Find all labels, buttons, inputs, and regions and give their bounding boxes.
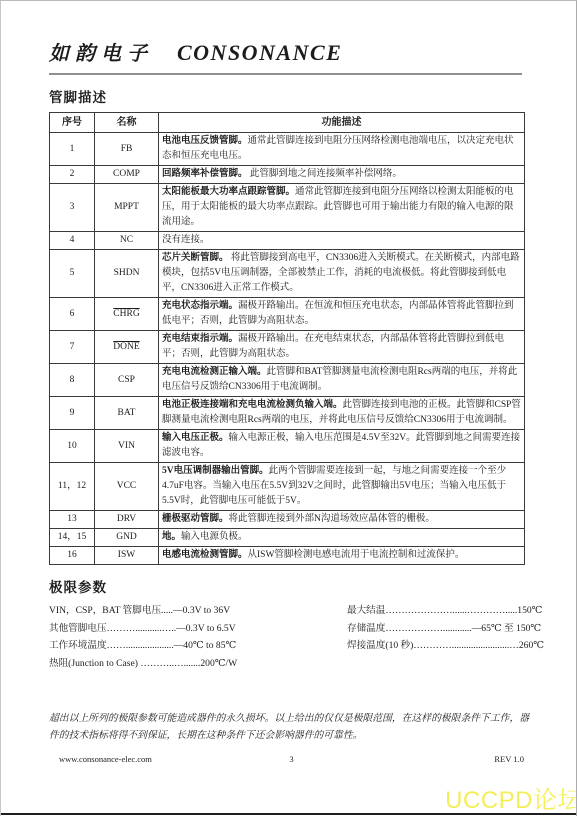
limit-item: 工作环境温度……....................—40℃ to 85℃ <box>49 637 347 655</box>
table-row: 3MPPT太阳能板最大功率点跟踪管脚。通常此管脚连接到电阻分压网络以检测太阳能板… <box>50 184 525 232</box>
pin-description-rest: 此管脚到地之间连接频率补偿网络。 <box>248 169 402 179</box>
pin-description-lead: 栅极驱动管脚。 <box>162 514 229 524</box>
pin-name-cell: DRV <box>95 511 159 529</box>
pin-number-cell: 13 <box>50 511 95 529</box>
table-header-row: 序号 名称 功能描述 <box>50 113 525 133</box>
pin-name-cell: BAT <box>95 397 159 430</box>
pin-description-cell: 充电状态指示端。漏极开路输出。在恒流和恒压充电状态，内部晶体管将此管脚拉到低电平… <box>159 298 525 331</box>
pin-description-cell: 电池电压反馈管脚。通常此管脚连接到电阻分压网络检测电池端电压，以决定充电状态和恒… <box>159 133 525 166</box>
page-bottom-edge <box>1 813 576 815</box>
table-row: 5SHDN芯片关断管脚。 将此管脚接到高电平，CN3306进入关断模式。在关断模… <box>50 250 525 298</box>
pin-description-cell: 充电电流检测正输入端。此管脚和BAT管脚测量电流检测电阻Rcs两端的电压，并将此… <box>159 364 525 397</box>
pin-number-cell: 11，12 <box>50 463 95 511</box>
col-header-description: 功能描述 <box>159 113 525 133</box>
pin-description-lead: 太阳能板最大功率点跟踪管脚。 <box>162 187 295 197</box>
table-row: 8CSP充电电流检测正输入端。此管脚和BAT管脚测量电流检测电阻Rcs两端的电压… <box>50 364 525 397</box>
pin-number-cell: 1 <box>50 133 95 166</box>
limit-item: 其他管脚电压………...........…..—0.3V to 6.5V <box>49 620 347 638</box>
pin-description-rest: 没有连接。 <box>162 235 210 245</box>
pin-description-lead: 电感电流检测管脚。 <box>162 550 248 560</box>
table-row: 11，12VCC5V电压调制器输出管脚。此两个管脚需要连接到一起，与地之间需要连… <box>50 463 525 511</box>
pin-description-cell: 回路频率补偿管脚。 此管脚到地之间连接频率补偿网络。 <box>159 166 525 184</box>
table-row: 7DONE充电结束指示端。漏极开路输出。在充电结束状态，内部晶体管将此管脚拉到低… <box>50 331 525 364</box>
pin-description-cell: 没有连接。 <box>159 232 525 250</box>
footer-page-number: 3 <box>59 754 524 764</box>
pin-number-cell: 14，15 <box>50 529 95 547</box>
table-row: 16ISW电感电流检测管脚。从ISW管脚检测电感电流用于电流控制和过流保护。 <box>50 547 525 565</box>
pin-description-cell: 充电结束指示端。漏极开路输出。在充电结束状态，内部晶体管将此管脚拉到低电平；否则… <box>159 331 525 364</box>
pin-name-cell: FB <box>95 133 159 166</box>
pin-name-cell: GND <box>95 529 159 547</box>
limits-left-column: VIN，CSP，BAT 管脚电压.....—0.3V to 36V其他管脚电压…… <box>49 602 347 672</box>
pin-description-lead: 芯片关断管脚。 <box>162 253 229 263</box>
table-row: 4NC没有连接。 <box>50 232 525 250</box>
pin-name-cell: DONE <box>95 331 159 364</box>
pin-number-cell: 8 <box>50 364 95 397</box>
absolute-maximum-title: 极限参数 <box>49 576 542 596</box>
pin-number-cell: 9 <box>50 397 95 430</box>
table-row: 9BAT电池正极连接端和充电电流检测负输入端。此管脚连接到电池的正极。此管脚和C… <box>50 397 525 430</box>
pin-name-cell: CHRG <box>95 298 159 331</box>
pin-number-cell: 5 <box>50 250 95 298</box>
pin-description-lead: 回路频率补偿管脚。 <box>162 169 248 179</box>
pin-description-cell: 输入电压正极。输入电源正极，输入电压范围是4.5V至32V。此管脚到地之间需要连… <box>159 430 525 463</box>
table-row: 13DRV栅极驱动管脚。将此管脚连接到外部N沟道场效应晶体管的栅极。 <box>50 511 525 529</box>
limit-item: 存储温度………………............—65℃ 至 150℃ <box>347 620 544 638</box>
pin-name-cell: ISW <box>95 547 159 565</box>
limit-item: 最大结温…………………......………….....150℃ <box>347 602 544 620</box>
pin-description-cell: 地。输入电源负极。 <box>159 529 525 547</box>
pin-description-table: 序号 名称 功能描述 1FB电池电压反馈管脚。通常此管脚连接到电阻分压网络检测电… <box>49 112 525 565</box>
brand-chinese-logo: 如韵电子 <box>49 37 153 66</box>
table-row: 6CHRG充电状态指示端。漏极开路输出。在恒流和恒压充电状态，内部晶体管将此管脚… <box>50 298 525 331</box>
forum-watermark: UCCPD论坛 <box>445 780 577 815</box>
pin-description-lead: 输入电压正极。 <box>162 433 229 443</box>
pin-number-cell: 10 <box>50 430 95 463</box>
limit-item: 焊接温度(10 秒)…………........................…2… <box>347 637 544 655</box>
pin-description-cell: 芯片关断管脚。 将此管脚接到高电平，CN3306进入关断模式。在关断模式，内部电… <box>159 250 525 298</box>
pin-description-cell: 电感电流检测管脚。从ISW管脚检测电感电流用于电流控制和过流保护。 <box>159 547 525 565</box>
pin-description-rest: 将此管脚连接到外部N沟道场效应晶体管的栅极。 <box>229 514 435 524</box>
pin-description-cell: 太阳能板最大功率点跟踪管脚。通常此管脚连接到电阻分压网络以检测太阳能板的电压，用… <box>159 184 525 232</box>
pin-name-cell: CSP <box>95 364 159 397</box>
pin-description-cell: 电池正极连接端和充电电流检测负输入端。此管脚连接到电池的正极。此管脚和CSP管脚… <box>159 397 525 430</box>
header-divider <box>49 73 522 75</box>
limits-right-column: 最大结温…………………......………….....150℃存储温度………………… <box>347 602 544 672</box>
pin-table-body: 1FB电池电压反馈管脚。通常此管脚连接到电阻分压网络检测电池端电压，以决定充电状… <box>50 133 525 565</box>
pin-description-cell: 栅极驱动管脚。将此管脚连接到外部N沟道场效应晶体管的栅极。 <box>159 511 525 529</box>
absolute-maximum-ratings: VIN，CSP，BAT 管脚电压.....—0.3V to 36V其他管脚电压…… <box>49 602 544 672</box>
pin-name-cell: VIN <box>95 430 159 463</box>
pin-description-lead: 电池电压反馈管脚。 <box>162 136 248 146</box>
pin-description-lead: 地。 <box>162 532 181 542</box>
pin-name-cell: NC <box>95 232 159 250</box>
limit-item: VIN，CSP，BAT 管脚电压.....—0.3V to 36V <box>49 602 347 620</box>
col-header-name: 名称 <box>95 113 159 133</box>
pin-description-cell: 5V电压调制器输出管脚。此两个管脚需要连接到一起，与地之间需要连接一个至少4.7… <box>159 463 525 511</box>
page-content: 如韵电子 CONSONANCE 管脚描述 序号 名称 功能描述 1FB电池电压反… <box>1 1 576 744</box>
pin-name-cell: MPPT <box>95 184 159 232</box>
pin-name-cell: SHDN <box>95 250 159 298</box>
pin-number-cell: 4 <box>50 232 95 250</box>
pin-number-cell: 7 <box>50 331 95 364</box>
pin-description-rest: 输入电源负极。 <box>181 532 248 542</box>
table-row: 1FB电池电压反馈管脚。通常此管脚连接到电阻分压网络检测电池端电压，以决定充电状… <box>50 133 525 166</box>
table-row: 2COMP回路频率补偿管脚。 此管脚到地之间连接频率补偿网络。 <box>50 166 525 184</box>
limit-item: 热阻(Junction to Case) ………..….......200℃/W <box>49 655 347 673</box>
pin-description-title: 管脚描述 <box>49 86 542 106</box>
brand-english-logo: CONSONANCE <box>177 40 342 66</box>
pin-number-cell: 16 <box>50 547 95 565</box>
table-row: 10VIN输入电压正极。输入电源正极，输入电压范围是4.5V至32V。此管脚到地… <box>50 430 525 463</box>
pin-description-lead: 电池正极连接端和充电电流检测负输入端。 <box>162 400 343 410</box>
pin-description-rest: 从ISW管脚检测电感电流用于电流控制和过流保护。 <box>248 550 465 560</box>
pin-name-cell: COMP <box>95 166 159 184</box>
pin-description-lead: 5V电压调制器输出管脚。 <box>162 466 269 476</box>
header: 如韵电子 CONSONANCE <box>49 37 542 66</box>
pin-description-lead: 充电结束指示端。 <box>162 334 238 344</box>
table-row: 14，15GND地。输入电源负极。 <box>50 529 525 547</box>
col-header-number: 序号 <box>50 113 95 133</box>
pin-number-cell: 3 <box>50 184 95 232</box>
datasheet-page: 如韵电子 CONSONANCE 管脚描述 序号 名称 功能描述 1FB电池电压反… <box>0 0 577 816</box>
pin-number-cell: 6 <box>50 298 95 331</box>
limits-disclaimer-note: 超出以上所列的极限参数可能造成器件的永久损坏。以上给出的仅仅是极限范围，在这样的… <box>49 710 531 744</box>
pin-number-cell: 2 <box>50 166 95 184</box>
pin-name-cell: VCC <box>95 463 159 511</box>
pin-description-lead: 充电状态指示端。 <box>162 301 238 311</box>
pin-description-lead: 充电电流检测正输入端。 <box>162 367 267 377</box>
page-footer: www.consonance-elec.com 3 REV 1.0 <box>59 754 524 764</box>
